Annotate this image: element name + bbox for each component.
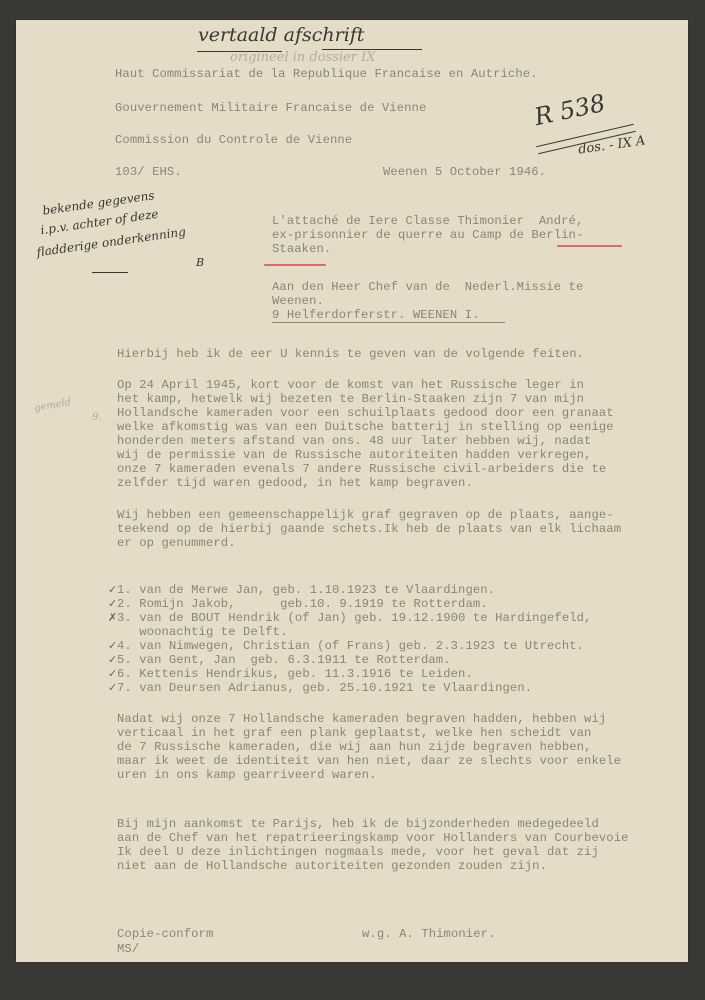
intro-text: Hierbij heb ik de eer U kennis te geven …: [117, 347, 584, 361]
red-underline-berlin: [557, 245, 622, 247]
sender-line-3: Staaken.: [272, 242, 331, 256]
sender-line-1: L'attaché de Iere Classe Thimonier André…: [272, 214, 583, 228]
check-mark-icon: ✓: [108, 653, 117, 666]
check-mark-icon: ✓: [108, 597, 117, 610]
list-item: 6. Kettenis Hendrikus, geb. 11.3.1916 te…: [117, 667, 473, 681]
list-item: 3. van de BOUT Hendrik (of Jan) geb. 19.…: [117, 611, 591, 625]
list-item: 1. van de Merwe Jan, geb. 1.10.1923 te V…: [117, 583, 495, 597]
recipient-underline: [272, 322, 505, 323]
recipient-line-3: 9 Helferdorferstr. WEENEN I.: [272, 308, 480, 322]
check-mark-icon: ✓: [108, 639, 117, 652]
para1-line-2: het kamp, hetwelk wij bezeten te Berlin-…: [117, 392, 584, 406]
list-item: 2. Romijn Jakob, geb.10. 9.1919 te Rotte…: [117, 597, 488, 611]
recipient-line-2: Weenen.: [272, 294, 324, 308]
para1-line-6: wij de permissie van de Russische autori…: [117, 448, 591, 462]
para1-line-3: Hollandsche kameraden voor een schuilpla…: [117, 406, 614, 420]
para4-line-1: Bij mijn aankomst te Parijs, heb ik de b…: [117, 817, 599, 831]
para2-line-3: er op genummerd.: [117, 536, 236, 550]
para2-line-1: Wij hebben een gemeenschappelijk graf ge…: [117, 508, 614, 522]
list-item: woonachtig te Delft.: [117, 625, 288, 639]
typist-initials: MS/: [117, 942, 139, 956]
para1-line-1: Op 24 April 1945, kort voor de komst van…: [117, 378, 584, 392]
list-item: 7. van Deursen Adrianus, geb. 25.10.1921…: [117, 681, 532, 695]
recipient-line-1: Aan den Heer Chef van de Nederl.Missie t…: [272, 280, 583, 294]
sender-line-2: ex-prisonnier de querre au Camp de Berli…: [272, 228, 583, 242]
letterhead-line-3: Commission du Controle de Vienne: [115, 133, 352, 147]
margin-note-underline: [92, 272, 128, 273]
para1-line-7: onze 7 kameraden evenals 7 andere Russis…: [117, 462, 606, 476]
margin-note-initials: B: [196, 256, 204, 269]
para3-line-1: Nadat wij onze 7 Hollandsche kameraden b…: [117, 712, 606, 726]
margin-pencil-number: 9.: [92, 412, 102, 423]
letterhead-line-2: Gouvernement Militaire Francaise de Vien…: [115, 101, 426, 115]
signature: w.g. A. Thimonier.: [362, 927, 495, 941]
para2-line-2: teekend op de hierbij gaande schets.Ik h…: [117, 522, 621, 536]
check-mark-icon: ✓: [108, 667, 117, 680]
copy-conform: Copie-conform: [117, 927, 213, 941]
para4-line-3: Ik deel U deze inlichtingen nogmaals med…: [117, 845, 599, 859]
red-underline-staaken: [264, 264, 326, 266]
para3-line-2: verticaal in het graf een plank geplaats…: [117, 726, 591, 740]
para1-line-8: zelfder tijd waren gedood, in het kamp b…: [117, 476, 473, 490]
pencil-note-top: origineel in dossier IX: [230, 50, 375, 65]
para3-line-3: de 7 Russische kameraden, die wij aan hu…: [117, 740, 591, 754]
letterhead-line-1: Haut Commissariat de la Republique Franc…: [115, 67, 538, 81]
check-mark-icon: ✓: [108, 583, 117, 596]
check-mark-icon: ✓: [108, 681, 117, 694]
place-date: Weenen 5 October 1946.: [383, 165, 546, 179]
list-item: 5. van Gent, Jan geb. 6.3.1911 te Rotter…: [117, 653, 451, 667]
para3-line-5: uren in ons kamp gearriveerd waren.: [117, 768, 376, 782]
para1-line-5: honderden meters afstand van ons. 48 uur…: [117, 434, 591, 448]
para1-line-4: welke afkomstig was van een Duitsche bat…: [117, 420, 614, 434]
para3-line-4: maar ik weet de identiteit van hen niet,…: [117, 754, 621, 768]
para4-line-4: niet aan de Hollandsche autoriteiten gez…: [117, 859, 547, 873]
handwritten-title: vertaald afschrift: [198, 24, 364, 46]
reference-code: 103/ EHS.: [115, 165, 182, 179]
cross-mark-icon: ✗: [108, 611, 117, 624]
list-item: 4. van Nimwegen, Christian (of Frans) ge…: [117, 639, 584, 653]
para4-line-2: aan de Chef van het repatrieeringskamp v…: [117, 831, 629, 845]
